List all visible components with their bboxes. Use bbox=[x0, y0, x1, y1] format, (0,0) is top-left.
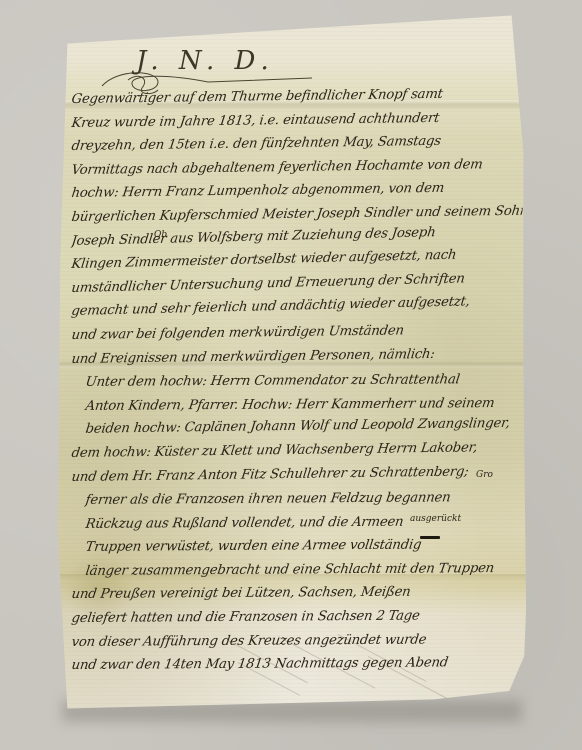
photograph: J. N. D. Gegenwärtiger auf dem Thurme be… bbox=[0, 0, 582, 750]
interlinear-note: Gro bbox=[476, 470, 493, 480]
text-line: Unter dem hochw: Herrn Commendator zu Sc… bbox=[70, 368, 524, 395]
strike-through-mark bbox=[420, 536, 440, 539]
text-line: geliefert hatten und die Franzosen in Sa… bbox=[70, 604, 524, 631]
interlinear-note: Ob bbox=[154, 230, 167, 240]
text-line: von dieser Aufführung des Kreuzes angezü… bbox=[70, 628, 524, 655]
text-line: Truppen verwüstet, wurden eine Armee vol… bbox=[70, 533, 524, 560]
monogram-header: J. N. D. bbox=[136, 46, 275, 76]
text-line: und zwar den 14ten May 1813 Nachmittags … bbox=[70, 651, 524, 678]
text-line: und Preußen vereinigt bei Lützen, Sachse… bbox=[70, 580, 524, 607]
manuscript-sheet: J. N. D. Gegenwärtiger auf dem Thurme be… bbox=[58, 12, 528, 712]
text-line: ferner als die Franzosen ihren neuen Fel… bbox=[70, 486, 524, 513]
handwritten-text: Gegenwärtiger auf dem Thurme befindliche… bbox=[70, 88, 520, 678]
interlinear-note: ausgerückt bbox=[410, 514, 461, 524]
